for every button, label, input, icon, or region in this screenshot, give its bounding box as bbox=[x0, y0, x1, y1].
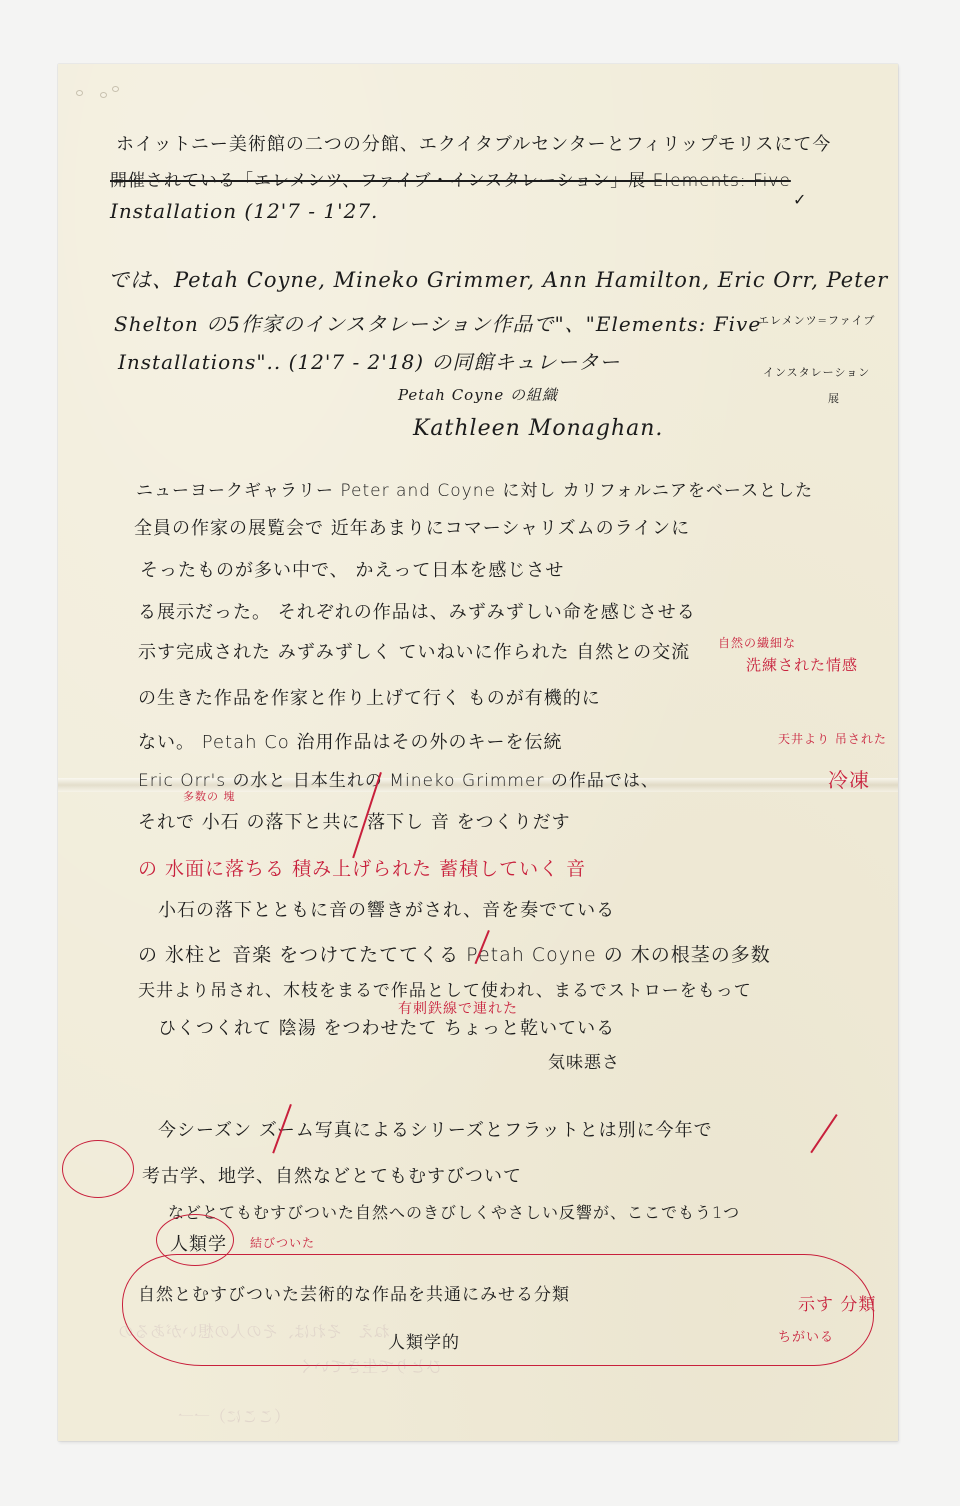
manuscript-line: ひくつくれて 陰湯 をつわせたて ちょっと乾いている bbox=[158, 1014, 615, 1040]
manuscript-line: の 氷柱と 音楽 をつけてたててくる Petah Coyne の 木の根茎の多数 bbox=[138, 940, 771, 967]
red-circle-annotation bbox=[62, 1140, 134, 1198]
manuscript-line: ない。 Petah Co 治用作品はその外のキーを伝統 bbox=[138, 728, 563, 754]
manuscript-line: の生きた作品を作家と作り上げて行く ものが有機的に bbox=[138, 684, 601, 710]
manuscript-line: 全員の作家の展覧会で 近年あまりにコマーシャリズムのラインに bbox=[134, 514, 690, 540]
manuscript-line: Installations".. (12'7 - 2'18) の同館キュレーター bbox=[118, 346, 620, 375]
manuscript-line: Petah Coyne の組織 bbox=[398, 384, 558, 405]
red-annotation: 冷凍 bbox=[828, 764, 870, 793]
manuscript-line: Kathleen Monaghan. bbox=[413, 416, 663, 441]
manuscript-line: 気味悪さ bbox=[548, 1048, 620, 1073]
margin-note: 展 bbox=[828, 390, 840, 406]
red-circle-annotation bbox=[122, 1254, 874, 1366]
manuscript-line: では、Petah Coyne, Mineko Grimmer, Ann Hami… bbox=[108, 264, 888, 294]
show-through-text: ねえ それは、その人の想いがあるの bbox=[118, 1319, 390, 1342]
red-annotation: 多数の 塊 bbox=[183, 788, 236, 804]
manuscript-line: Shelton の5作家のインスタレーション作品で"、"Elements: Fi… bbox=[114, 308, 761, 337]
red-annotation: 天井より 吊された bbox=[778, 730, 887, 747]
red-annotation: 洗練された情感 bbox=[746, 654, 858, 675]
margin-note: インスタレーション bbox=[763, 364, 870, 380]
show-through-text: ひとりで生きていく bbox=[298, 1354, 442, 1377]
manuscript-line: ホイットニー美術館の二つの分館、エクイタブルセンターとフィリップモリスにて今 bbox=[116, 130, 831, 156]
manuscript-line: 今シーズン ズーム写真によるシリーズとフラットとは別に今年で bbox=[158, 1116, 713, 1142]
red-annotation: 結びついた bbox=[250, 1234, 315, 1251]
margin-note: エレメンツ=ファイブ bbox=[758, 312, 875, 328]
manuscript-line: そったものが多い中で、 かえって日本を感じさせ bbox=[140, 556, 564, 582]
manuscript-line: それで 小石 の落下と共に 落下し 音 をつくりだす bbox=[138, 808, 571, 834]
manuscript-line-red: の 水面に落ちる 積み上げられた 蓄積していく 音 bbox=[138, 854, 586, 881]
manuscript-line: る展示だった。 それぞれの作品は、みずみずしい命を感じさせる bbox=[138, 598, 696, 624]
red-slash-mark bbox=[810, 1114, 837, 1153]
manuscript-line: Installation (12'7 - 1'27. bbox=[110, 199, 378, 223]
manuscript-line-struck: 開催されている「エレメンツ、ファイブ・インスタレーション」展 Elements:… bbox=[110, 166, 791, 191]
show-through-text: （ここに）一一 bbox=[178, 1404, 290, 1427]
manuscript-line: 考古学、地学、自然などとてもむすびついて bbox=[142, 1162, 522, 1188]
manuscript-line: ニューヨークギャラリー Peter and Coyne に対し カリフォルニアを… bbox=[136, 476, 813, 501]
manuscript-page: ホイットニー美術館の二つの分館、エクイタブルセンターとフィリップモリスにて今 開… bbox=[58, 64, 898, 1441]
manuscript-line: 示す完成された みずみずしく ていねいに作られた 自然との交流 bbox=[138, 638, 690, 664]
red-annotation: 自然の繊細な bbox=[718, 634, 796, 651]
manuscript-line: などとてもむすびついた自然へのきびしくやさしい反響が、ここでもう1つ bbox=[168, 1200, 740, 1223]
manuscript-line: 小石の落下とともに音の響きがされ、音を奏でている bbox=[158, 896, 615, 922]
checkmark-icon: ✓ bbox=[793, 190, 807, 209]
